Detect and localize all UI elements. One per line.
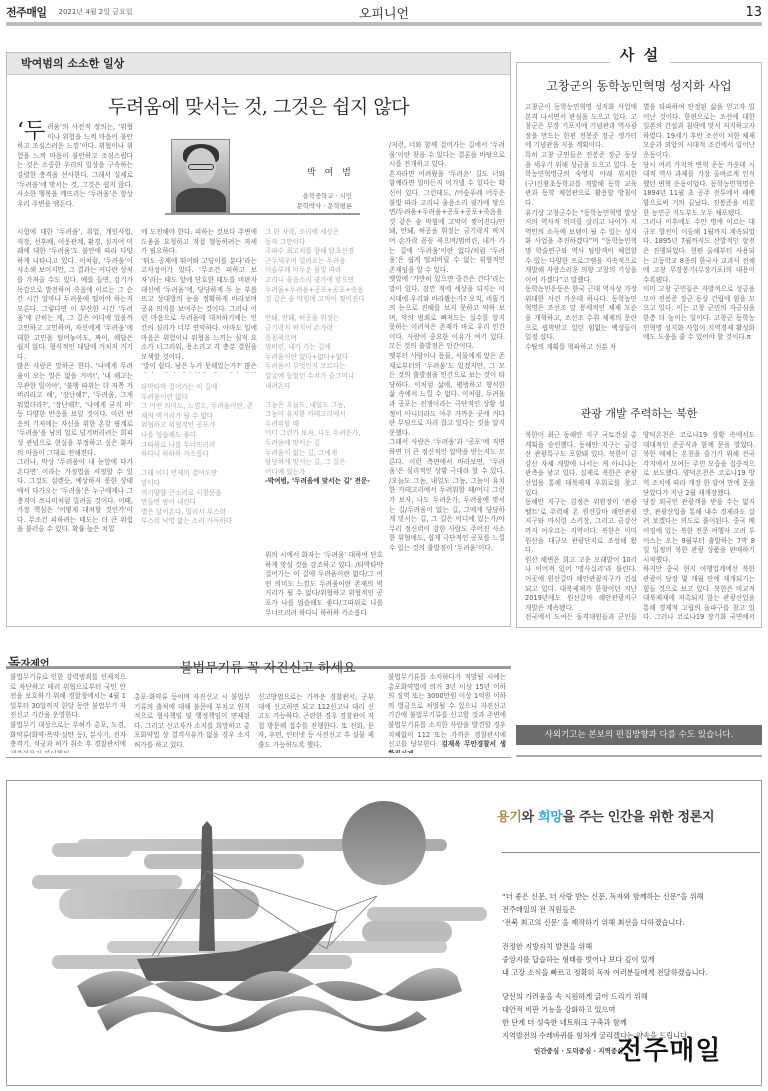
- ad-logo: 전주매일: [617, 1030, 721, 1067]
- editorial-1-title: 고창군의 동학농민혁명 성지화 사업: [517, 77, 761, 94]
- reader-headline: 불법무기류 꼭 자진신고 하세요: [180, 657, 356, 676]
- reader-col3: 신고방법으로는 가까운 경찰관서, 군부대에 신고하면 되고 112신고나 대리…: [258, 693, 374, 753]
- masthead-date: 2021년 4월 2일 금요일: [59, 7, 133, 17]
- ad-slogan: 용기와 희망을 주는 인간을 위한 정론지: [497, 806, 714, 825]
- column-series-header: 박여범의 소소한 일상: [7, 53, 510, 75]
- ad-motto: 인간중심 · 도덕중심 · 지역중심: [534, 1046, 623, 1055]
- editorial-2-title: 관광 개발 주력하는 북한: [517, 405, 761, 421]
- column-col1-body: 시험에 대한 ‘두려움’, 취업, 개인사업, 직장, 선후배, 이웃관계, 환…: [17, 228, 133, 623]
- reader-col4: 불법무기류를 소지하다가 적발될 시에는 총포화약법에 의거 3년 이상 15년…: [388, 673, 506, 753]
- dropcap: ‘두: [17, 123, 45, 141]
- column-article: 박여범의 소소한 일상 두려움에 맞서는 것, 그것은 쉽지 않다 ‘두 려움’…: [6, 52, 511, 627]
- notice-rule: [516, 755, 762, 757]
- ad-paragraph-1: “더 좋은 신문, 더 사랑 받는 신문, 독자와 함께하는 신문”을 위해 전…: [502, 890, 704, 929]
- column-col3-poem: 그 한 자락, 소리에 세상은동작 그만이다주파수 최고치를 향해 달초신경곤두…: [265, 228, 383, 487]
- editorial-2-col1: 북한이 최근 동해안 지구 국토건설 총 계획을 승인했다. 동해안 지구는 금…: [525, 431, 637, 623]
- ad-paragraph-2: 진정한 지방자치 발전을 위해 중앙지를 답습하는 형태를 벗어나 보다 깊이 …: [502, 940, 708, 979]
- reader-col1: 불법무기류로 인한 강력범죄를 선제적으로 차단하고 테러 위협으로부터 국민 …: [10, 673, 126, 753]
- editorial-1-col2: 별을 타파하여 안정된 삶을 얻고자 일어난 것이다. 한편으로는 조선에 대한…: [643, 103, 755, 373]
- author-photo: [171, 139, 230, 213]
- poem-attribution: -박여범, ‘두려움에 맞서는 길’ 전문-: [265, 477, 383, 487]
- author-name: 박 여 범: [307, 165, 354, 178]
- editorial-2-col2: 양덕온천은 코로나19 상황 속에서도 대대적인 준공식과 함께 문을 열었다.…: [643, 431, 755, 623]
- contribution-notice: 사외기고는 본보의 편집방향과 다를 수도 있습니다.: [516, 725, 762, 745]
- page-number: 13: [745, 5, 762, 20]
- column-headline: 두려움에 맞서는 것, 그것은 쉽지 않다: [7, 92, 510, 119]
- column-col4-body: /저런, 너와 함께 걸어가는 길에서 ‘두려움’이란 찾을 수 있다는 결론을…: [389, 141, 505, 623]
- column-col3-body: 위의 시에서 화자는 ‘두려움’ 대하여 단호하게 맞설 것을 강조하고 있다.…: [265, 551, 383, 623]
- ad-rule: [502, 852, 760, 853]
- ship-illustration-icon: [7, 781, 487, 1081]
- reader-bottom-rule: [6, 757, 511, 758]
- editorial-1-col1: 고창군이 동학농민혁명 성지화 사업에 본격 나서면서 관심을 도으고 있다. …: [525, 103, 637, 373]
- column-col2-poem: 타박타박 걸어가는 이 길에두려움이란 없다그 어떤 의미도, 느낌도, 두려움…: [141, 383, 259, 527]
- masthead: 전주매일 2021년 4월 2일 금요일 오피니언 13: [6, 2, 762, 22]
- author-affiliation: 용북중학교 · 시인 문학박사 · 문학평론: [297, 191, 352, 211]
- editorial-box: 고창군의 동학농민혁명 성지화 사업 고창군이 동학농민혁명 성지화 사업에 본…: [516, 62, 762, 628]
- glasses-icon: [188, 164, 214, 170]
- author-rule: [165, 213, 360, 215]
- masthead-rule: [6, 22, 762, 26]
- column-col1-intro: ‘두 려움’의 사전적 정의는, ‘위협이나 위험을 느껴 마음이 불안하고 조…: [17, 123, 133, 209]
- editorial-label: 사 설: [610, 44, 670, 65]
- column-col2-body: 에 도전해야 한다. 피하는 것보다 주변에 도움을 요청하고 직접 행동하려는…: [141, 228, 257, 373]
- masthead-logo: 전주매일: [6, 4, 47, 20]
- reader-col2: 총포·화약류 등이며 자진신고 시 불법무기류의 출처에 대해 불문에 부치고 …: [134, 693, 250, 753]
